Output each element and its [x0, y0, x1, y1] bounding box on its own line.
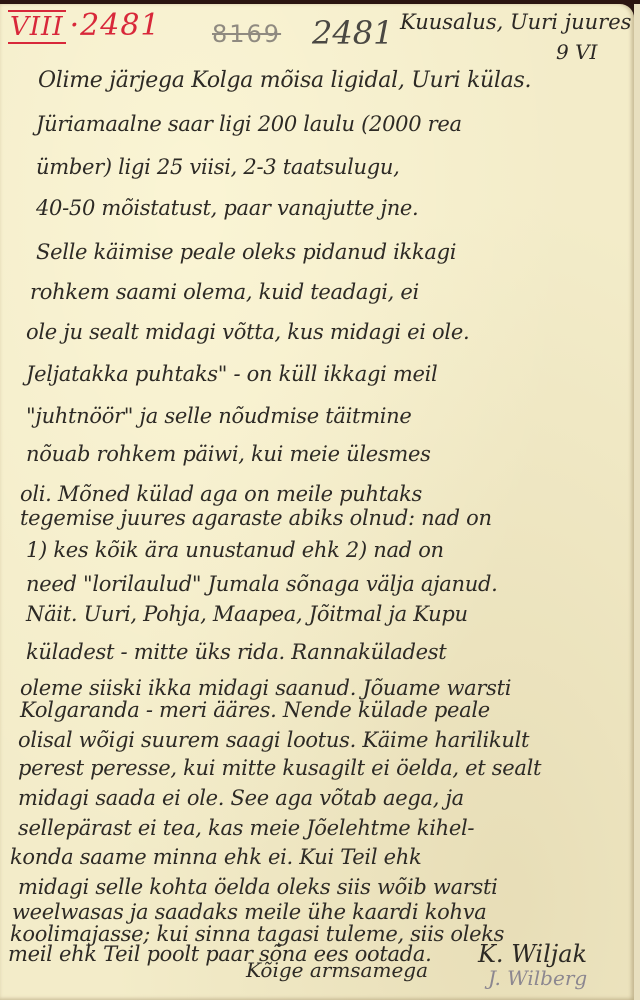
body-line: weelwasas ja saadaks meile ühe kaardi ko…	[12, 900, 487, 924]
body-line: küladest - mitte üks rida. Rannaküladest	[26, 640, 446, 664]
body-line: midagi saada ei ole. See aga võtab aega,…	[18, 786, 464, 810]
closing-greeting: Kõige armsamega	[246, 958, 428, 982]
place-heading: Kuusalus, Uuri juures	[400, 10, 631, 34]
body-line: rohkem saami olema, kuid teadagi, ei	[30, 280, 419, 304]
body-line: konda saame minna ehk ei. Kui Teil ehk	[10, 845, 421, 869]
date: 9 VI	[556, 40, 597, 64]
old-number-struck: 8169	[212, 20, 281, 48]
body-line: oleme siiski ikka midagi saanud. Jõuame …	[20, 676, 511, 700]
body-line: need "lorilaulud" Jumala sõnaga välja aj…	[26, 572, 497, 596]
body-line: midagi selle kohta öelda oleks siis wõib…	[18, 875, 498, 899]
body-line: olisal wõigi suurem saagi lootus. Käime …	[18, 728, 529, 752]
body-line: Olime järjega Kolga mõisa ligidal, Uuri …	[38, 68, 531, 93]
archive-number-stamp: VIII·2481	[8, 8, 161, 43]
body-line: Näit. Uuri, Pohja, Maapea, Jõitmal ja Ku…	[26, 602, 468, 626]
body-line: Jüriamaalne saar ligi 200 laulu (2000 re…	[36, 112, 462, 136]
body-line: Jeljatakka puhtaks" - on küll ikkagi mei…	[26, 362, 437, 386]
body-line: 1) kes kõik ära unustanud ehk 2) nad on	[26, 538, 444, 562]
new-number: 2481	[312, 14, 393, 52]
body-line: sellepärast ei tea, kas meie Jõelehtme k…	[18, 816, 474, 840]
body-line: ümber) ligi 25 viisi, 2-3 taatsulugu,	[36, 155, 400, 179]
archive-roman: VIII	[8, 10, 66, 44]
body-line: oli. Mõned külad aga on meile puhtaks	[20, 482, 422, 506]
body-line: tegemise juures agaraste abiks olnud: na…	[20, 506, 492, 530]
body-line: Kolgaranda - meri ääres. Nende külade pe…	[20, 698, 490, 722]
signature-ink: K. Wiljak	[478, 940, 587, 968]
body-line: Selle käimise peale oleks pidanud ikkagi	[36, 240, 456, 264]
body-line: perest peresse, kui mitte kusagilt ei öe…	[18, 756, 541, 780]
body-line: ole ju sealt midagi võtta, kus midagi ei…	[26, 320, 469, 344]
body-line: 40-50 mõistatust, paar vanajutte jne.	[36, 196, 418, 220]
body-line: "juhtnöör" ja selle nõudmise täitmine	[26, 404, 412, 428]
body-line: nõuab rohkem päiwi, kui meie ülesmes	[26, 442, 431, 466]
card-edge	[634, 4, 640, 1000]
signature-pencil: J. Wilberg	[488, 966, 587, 990]
archive-number: 2481	[80, 8, 160, 43]
